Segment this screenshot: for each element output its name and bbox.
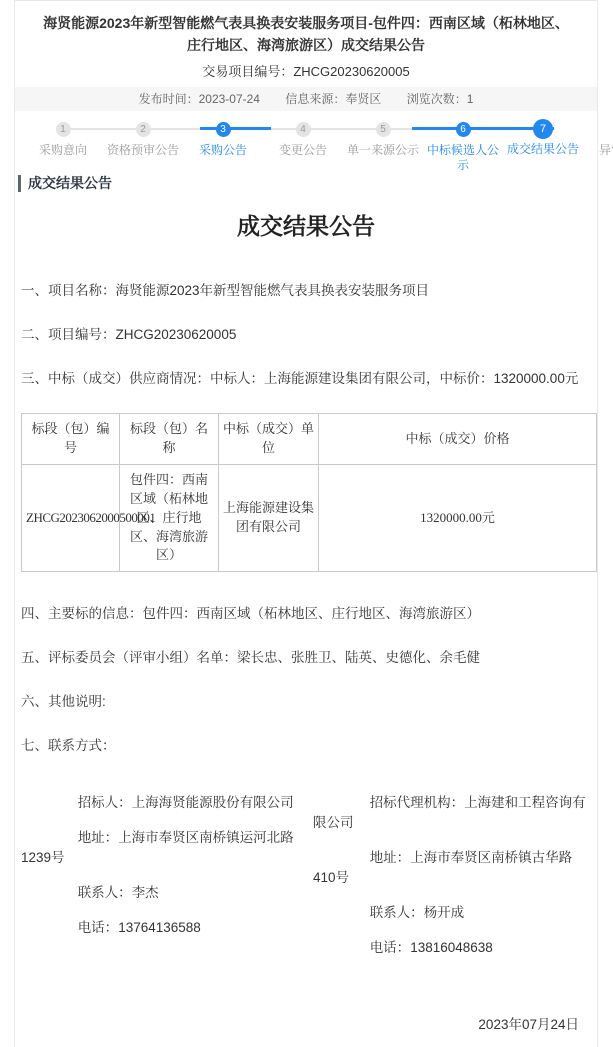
- step-result-announcement[interactable]: 7 成交结果公告: [503, 116, 583, 173]
- agency-phone-value: 13816048638: [410, 940, 493, 955]
- agency-contact-person: 联系人：杨开成: [313, 903, 591, 923]
- agency-phone: 电话：13816048638: [313, 938, 591, 958]
- col-header-lot-name: 标段（包）名称: [120, 414, 219, 465]
- step-label: 单一来源公示: [343, 143, 423, 158]
- project-number-line: 交易项目编号：ZHCG20230620005: [15, 61, 597, 80]
- step-circle: 7: [533, 119, 553, 139]
- cell-lot-number: ZHCG2023062000500001: [22, 465, 120, 572]
- tenderer-contact-value: 李杰: [132, 885, 159, 900]
- item-project-name: 一、项目名称：海贤能源2023年新型智能燃气表具换表安装服务项目: [21, 281, 591, 300]
- view-count-label: 浏览次数：: [407, 92, 467, 106]
- step-label: 成交结果公告: [503, 142, 583, 157]
- tenderer-phone-value: 13764136588: [118, 920, 201, 935]
- agency-contact-value: 杨开成: [424, 905, 465, 920]
- tenderer-name: 招标人：上海海贤能源股份有限公司: [21, 793, 299, 813]
- view-count: 浏览次数：1: [407, 90, 474, 107]
- page-title: 海贤能源2023年新型智能燃气表具换表安装服务项目-包件四：西南区域（柘林地区、…: [15, 1, 597, 56]
- info-source-value: 奉贤区: [345, 92, 381, 106]
- agency-address-value: 上海市奉贤区南桥镇古华路410号: [313, 850, 572, 885]
- result-table: 标段（包）编号 标段（包）名称 中标（成交）单位 中标（成交）价格 ZHCG20…: [21, 413, 597, 572]
- item-project-number: 二、项目编号：ZHCG20230620005: [21, 325, 591, 344]
- tenderer-name-value: 上海海贤能源股份有限公司: [132, 795, 294, 810]
- step-change-notice[interactable]: 4 变更公告: [263, 116, 343, 173]
- tenderer-name-label: 招标人：: [78, 795, 132, 810]
- view-count-value: 1: [467, 92, 474, 106]
- step-circle: 4: [296, 122, 311, 137]
- step-label: 采购意向: [23, 143, 103, 158]
- item-subject-info: 四、主要标的信息：包件四：西南区域（柘林地区、庄行地区、海湾旅游区）: [21, 604, 591, 623]
- announcement-date: 2023年07月24日: [21, 1013, 591, 1033]
- table-row: ZHCG2023062000500001 包件四：西南区域（柘林地区、庄行地区、…: [22, 465, 597, 572]
- section-header: 成交结果公告: [18, 175, 597, 192]
- item-other-notes: 六、其他说明:: [21, 692, 591, 711]
- contact-column-tenderer: 招标人：上海海贤能源股份有限公司 地址：上海市奉贤区南桥镇运河北路1239号 联…: [21, 793, 299, 973]
- project-number-label: 交易项目编号：: [202, 64, 293, 79]
- cell-winner-price: 1320000.00元: [319, 465, 597, 572]
- agency-address-label: 地址：: [370, 850, 411, 865]
- step-purchase-intent[interactable]: 1 采购意向: [23, 116, 103, 173]
- step-abnormal-notice[interactable]: 8 异常公告: [583, 116, 613, 173]
- agency-name-label: 招标代理机构：: [370, 795, 465, 810]
- agency-phone-label: 电话：: [370, 940, 411, 955]
- item-winner-info: 三、中标（成交）供应商情况：中标人：上海能源建设集团有限公司，中标价：13200…: [21, 369, 591, 388]
- step-label: 异常公告: [583, 143, 613, 158]
- tenderer-address-value: 上海市奉贤区南桥镇运河北路1239号: [21, 830, 294, 865]
- col-header-lot-number: 标段（包）编号: [22, 414, 120, 465]
- item-contact-heading: 七、联系方式：: [21, 736, 591, 755]
- info-source-label: 信息来源：: [285, 92, 345, 106]
- col-header-winner-price: 中标（成交）价格: [319, 414, 597, 465]
- info-source: 信息来源：奉贤区: [285, 90, 381, 107]
- announcement-body: 成交结果公告 一、项目名称：海贤能源2023年新型智能燃气表具换表安装服务项目 …: [15, 208, 597, 1033]
- step-circle: 3: [216, 122, 231, 137]
- announcement-card: 海贤能源2023年新型智能燃气表具换表安装服务项目-包件四：西南区域（柘林地区、…: [14, 0, 598, 1047]
- tenderer-contact-label: 联系人：: [78, 885, 132, 900]
- step-label: 中标候选人公示: [423, 143, 503, 173]
- tenderer-contact-person: 联系人：李杰: [21, 883, 299, 903]
- project-number-value: ZHCG20230620005: [293, 64, 409, 79]
- step-circle: 5: [376, 122, 391, 137]
- item-committee-list: 五、评标委员会（评审小组）名单：梁长忠、张胜卫、陆英、史德化、余毛健: [21, 648, 591, 667]
- cell-winner-unit: 上海能源建设集团有限公司: [219, 465, 319, 572]
- step-circle: 1: [56, 122, 71, 137]
- publish-time-label: 发布时间：: [139, 92, 199, 106]
- col-header-winner-unit: 中标（成交）单位: [219, 414, 319, 465]
- step-candidate-publicity[interactable]: 6 中标候选人公示: [423, 116, 503, 173]
- announcement-heading: 成交结果公告: [21, 208, 591, 241]
- step-single-source[interactable]: 5 单一来源公示: [343, 116, 423, 173]
- publish-time: 发布时间：2023-07-24: [139, 90, 260, 107]
- step-label: 采购公告: [183, 143, 263, 158]
- step-procurement-notice[interactable]: 3 采购公告: [183, 116, 263, 173]
- agency-name: 招标代理机构：上海建和工程咨询有限公司: [313, 793, 591, 833]
- progress-steps: 1 采购意向 2 资格预审公告 3 采购公告 4 变更公告 5 单一来源公示 6…: [23, 116, 589, 173]
- tenderer-phone-label: 电话：: [78, 920, 119, 935]
- step-prequalification[interactable]: 2 资格预审公告: [103, 116, 183, 173]
- meta-bar: 发布时间：2023-07-24 信息来源：奉贤区 浏览次数：1: [15, 87, 597, 111]
- contact-column-agency: 招标代理机构：上海建和工程咨询有限公司 地址：上海市奉贤区南桥镇古华路410号 …: [313, 793, 591, 973]
- agency-contact-label: 联系人：: [370, 905, 424, 920]
- step-label: 资格预审公告: [103, 143, 183, 158]
- table-header-row: 标段（包）编号 标段（包）名称 中标（成交）单位 中标（成交）价格: [22, 414, 597, 465]
- contact-section: 招标人：上海海贤能源股份有限公司 地址：上海市奉贤区南桥镇运河北路1239号 联…: [21, 793, 591, 973]
- step-label: 变更公告: [263, 143, 343, 158]
- publish-time-value: 2023-07-24: [199, 92, 260, 106]
- agency-address: 地址：上海市奉贤区南桥镇古华路410号: [313, 848, 591, 888]
- step-circle: 6: [456, 122, 471, 137]
- tenderer-phone: 电话：13764136588: [21, 918, 299, 938]
- tenderer-address: 地址：上海市奉贤区南桥镇运河北路1239号: [21, 828, 299, 868]
- step-circle: 2: [136, 122, 151, 137]
- tenderer-address-label: 地址：: [78, 830, 119, 845]
